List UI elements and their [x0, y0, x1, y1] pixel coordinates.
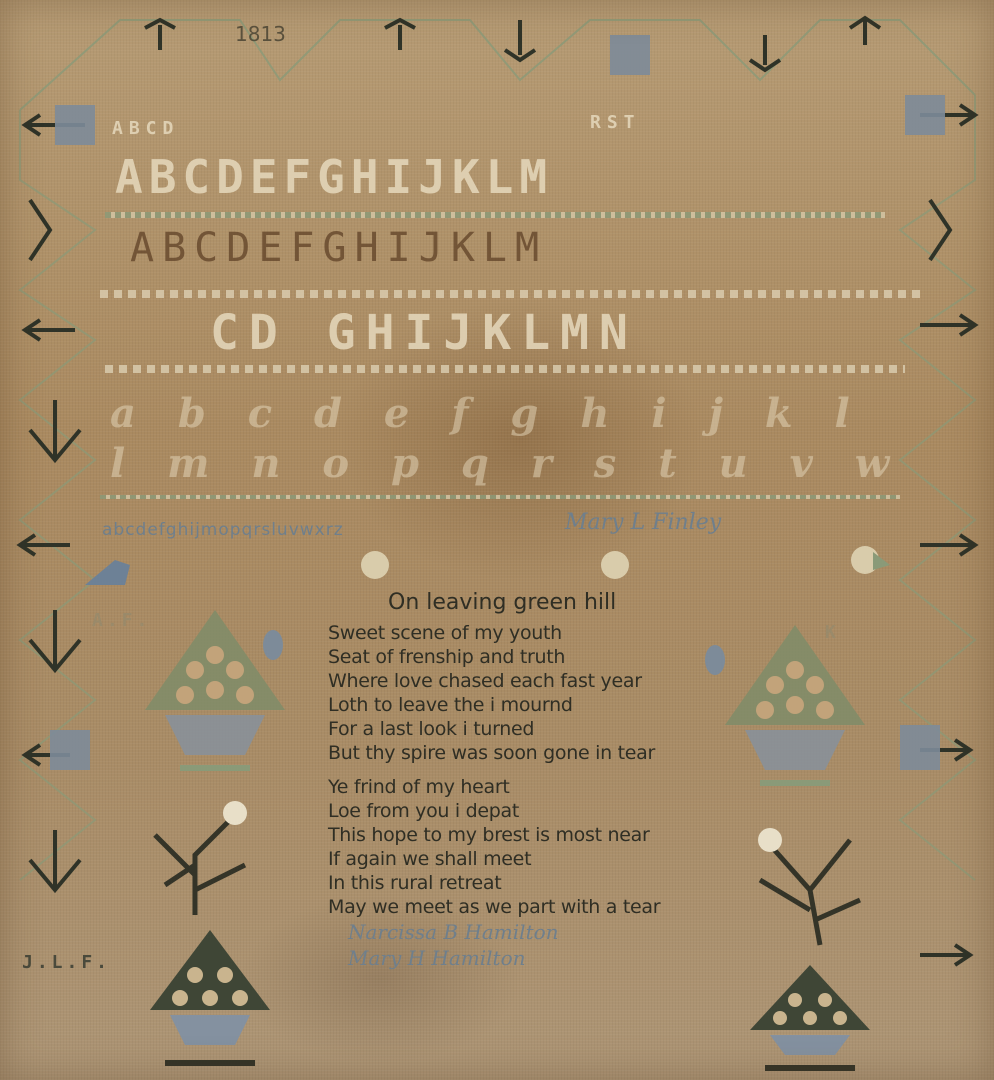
poem-line: Sweet scene of my youth [328, 621, 748, 645]
dark-basket-right-icon [745, 955, 875, 1075]
poem-line: Seat of frenship and truth [328, 645, 748, 669]
dark-basket-left-icon [145, 920, 275, 1070]
alphabet-eyelet: ABCDEFGHIJKLM [130, 225, 547, 271]
pale-bird-icon [355, 545, 395, 590]
blue-bird-left-icon [80, 550, 140, 595]
poem-line: For a last look i turned [328, 717, 748, 741]
lowercase-alphabet: abcdefghijmopqrsluvwxrz [102, 520, 344, 540]
pale-bird-right-icon [845, 540, 895, 585]
poem-line: But thy spire was soon gone in tear [328, 741, 748, 765]
poem-line: Loth to leave the i mournd [328, 693, 748, 717]
initials-jlf: J.L.F. [22, 952, 111, 973]
poem-line: In this rural retreat [328, 871, 748, 895]
green-band-lower [100, 495, 900, 499]
alphabet-block-upper: CD GHIJKLMN [210, 305, 638, 361]
alphabet-large-upper: ABCDEFGHIJKLM [115, 150, 553, 204]
poem-line: May we meet as we part with a tear [328, 895, 748, 919]
poem-line: This hope to my brest is most near [328, 823, 748, 847]
alphabet-script-row-2: l m n o p q r s t u v w [110, 440, 903, 487]
signature-2: Mary H Hamilton [348, 945, 748, 971]
green-zigzag-band [105, 212, 885, 218]
pale-bird-center-icon [595, 545, 635, 590]
poem-line: Ye frind of my heart [328, 775, 748, 799]
pale-satin-band [100, 290, 920, 298]
flower-spray-right-icon [740, 820, 880, 950]
poem-line: If again we shall meet [328, 847, 748, 871]
pale-checker-band [105, 365, 905, 373]
alphabet-small-upper-end: RST [590, 112, 641, 133]
date-fragment: 1813 [235, 22, 286, 46]
blue-bird-small-left-icon [258, 625, 288, 675]
flower-spray-left-icon [135, 795, 275, 925]
poem-line: Where love chased each fast year [328, 669, 748, 693]
maker-name: Mary L Finley [565, 510, 721, 536]
needlework-sampler: ABCD RST ABCDEFGHIJKLM ABCDEFGHIJKLM CD … [0, 0, 994, 1080]
poem-title: On leaving green hill [388, 590, 748, 615]
poem-line: Loe from you i depat [328, 799, 748, 823]
alphabet-small-upper: ABCD [112, 118, 179, 139]
alphabet-script-row-1: a b c d e f g h i j k l [110, 390, 864, 437]
poem-block: On leaving green hill Sweet scene of my … [328, 590, 748, 971]
signature-1: Narcissa B Hamilton [348, 919, 748, 945]
